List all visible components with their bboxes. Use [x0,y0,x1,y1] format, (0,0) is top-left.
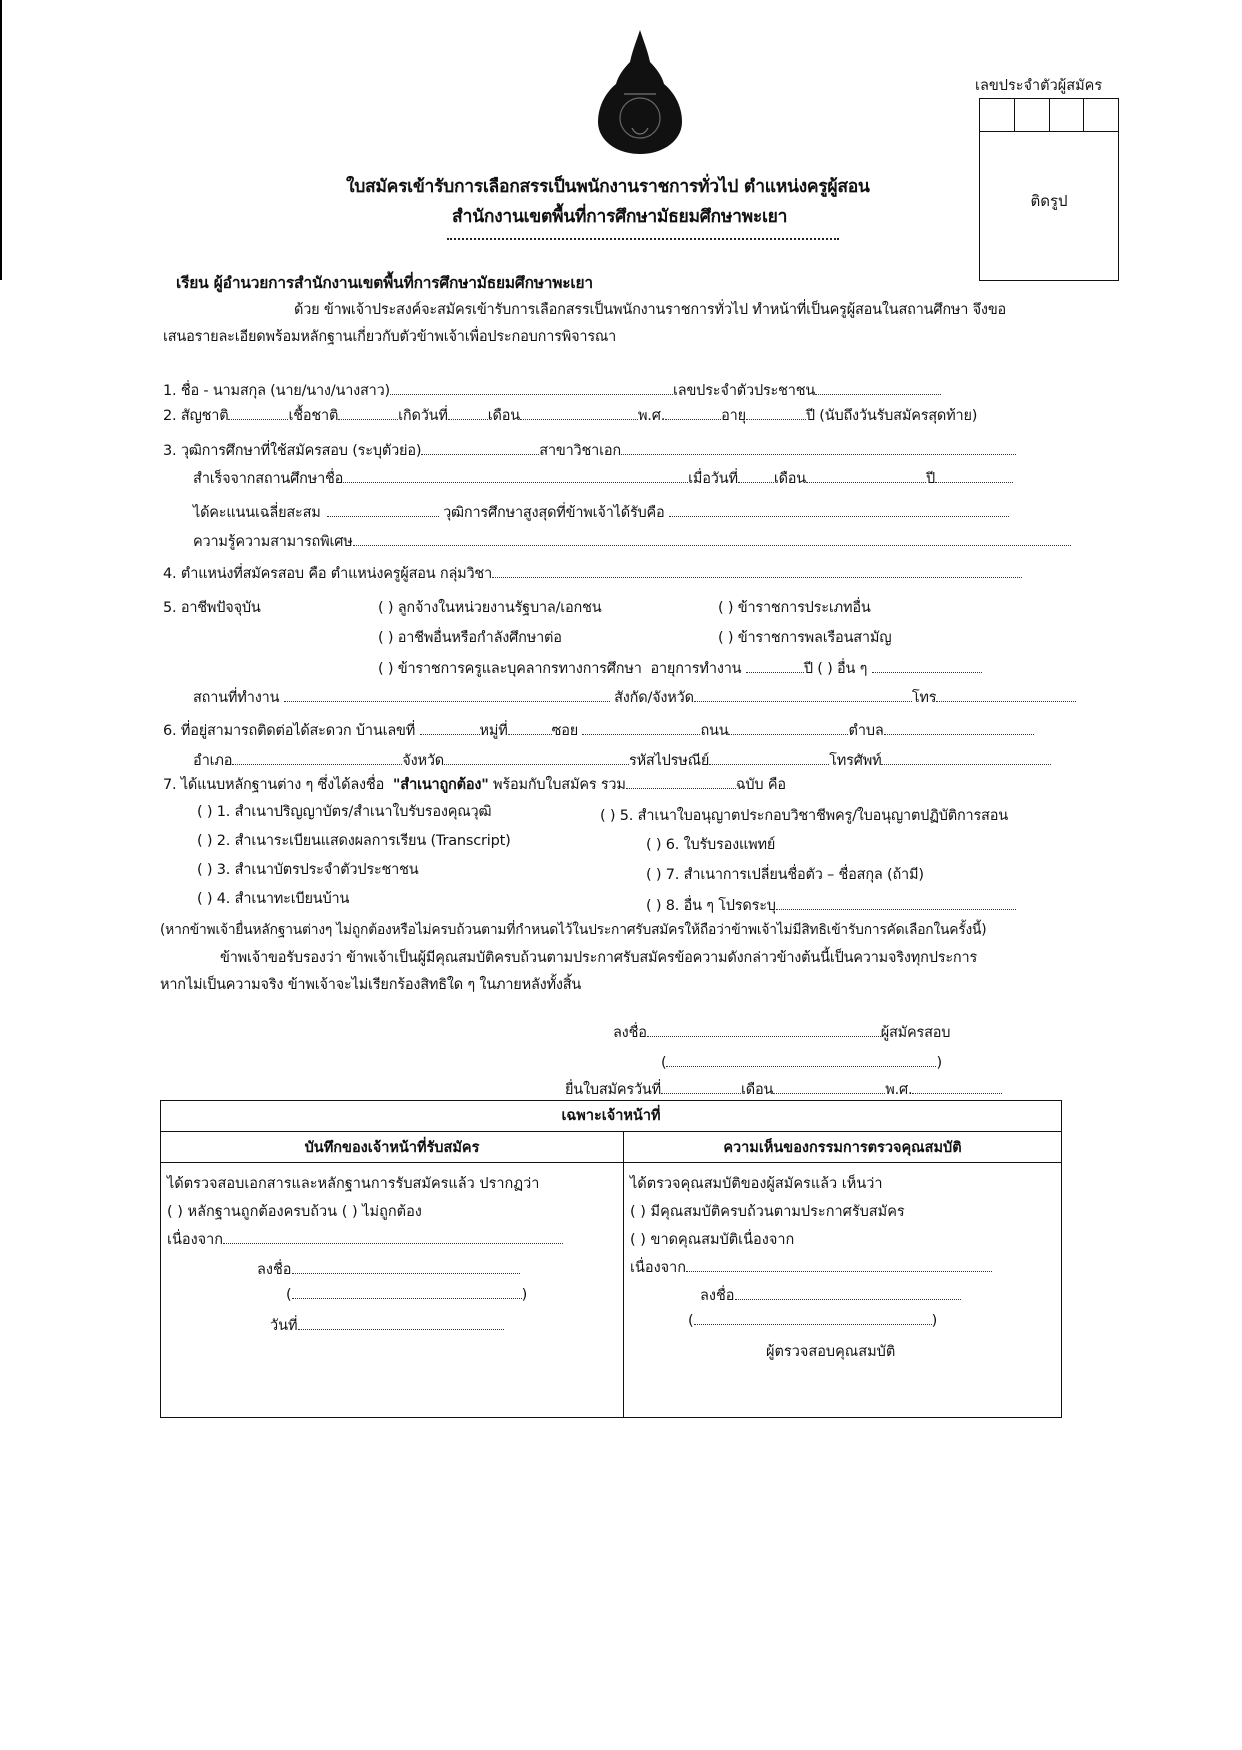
review-reason-row: เนื่องจาก [630,1256,992,1279]
nationality-field[interactable] [228,407,288,420]
position-label: 4. ตำแหน่งที่สมัครสอบ คือ ตำแหน่งครูผู้ส… [163,566,492,582]
occupation-option-teacher[interactable]: ( ) ข้าราชการครูและบุคลากรทางการศึกษา [378,661,642,677]
form-subtitle: สำนักงานเขตพื้นที่การศึกษามัธยมศึกษาพะเย… [452,202,787,230]
documents-unit-label: ฉบับ คือ [736,777,786,793]
applicant-id-label: เลขประจำตัวผู้สมัคร [975,74,1102,97]
work-phone-field[interactable] [936,689,1076,702]
staff-printed-name-row[interactable]: () [286,1286,527,1303]
grad-year-label: ปี [926,471,935,487]
special-skill-label: ความรู้ความสามารถพิเศษ [193,534,353,550]
section-3-institution: สำเร็จจากสถานศึกษาชื่อเมื่อวันที่เดือนปี [193,470,1013,487]
house-number-field[interactable] [420,722,480,735]
staff-reason-label: เนื่องจาก [167,1232,223,1248]
applicant-signature-row: ลงชื่อผู้สมัครสอบ [613,1024,950,1041]
applicant-id-grid[interactable] [979,98,1119,132]
scan-edge [0,0,2,280]
staff-sign-row: ลงชื่อ [257,1258,520,1281]
institution-label: สำเร็จจากสถานศึกษาชื่อ [193,471,343,487]
staff-reason-field[interactable] [223,1231,563,1244]
document-checkbox-8-row: ( ) 8. อื่น ๆ โปรดระบุ [646,897,1016,914]
postcode-label: รหัสไปรษณีย์ [629,753,709,769]
form-title: ใบสมัครเข้ารับการเลือกสรรเป็นพนักงานราชก… [346,172,870,200]
subdistrict-field[interactable] [884,722,1034,735]
staff-check-statement: ได้ตรวจสอบเอกสารและหลักฐานการรับสมัครแล้… [167,1172,539,1195]
review-printed-name-row[interactable]: () [688,1312,937,1329]
official-use-header: เฉพาะเจ้าหน้าที่ [161,1101,1061,1132]
documents-count-field[interactable] [626,776,736,789]
service-years-field[interactable] [746,660,804,673]
staff-record-panel: บันทึกของเจ้าหน้าที่รับสมัคร ได้ตรวจสอบเ… [161,1132,624,1418]
submit-day-field[interactable] [661,1081,741,1094]
name-label: 1. ชื่อ - นามสกุล (นาย/นาง/นางสาว) [163,383,390,399]
soi-field[interactable] [582,722,700,735]
submit-date-label: ยื่นใบสมัครวันที่ [565,1082,661,1098]
id-card-field[interactable] [815,382,941,395]
documents-total-label: พร้อมกับใบสมัคร รวม [493,777,626,793]
salutation: เรียน ผู้อำนวยการสำนักงานเขตพื้นที่การศึ… [176,276,593,292]
photo-box[interactable]: ติดรูป [979,131,1119,281]
certification-line1: ข้าพเจ้าขอรับรองว่า ข้าพเจ้าเป็นผู้มีคุณ… [220,951,977,966]
title-dotted-line [447,238,839,240]
subdistrict-label: ตำบล [848,723,883,739]
review-reason-label: เนื่องจาก [630,1260,686,1276]
workplace-label: สถานที่ทำงาน [193,690,279,706]
service-years-label: อายุการทำงาน [650,661,741,677]
review-signature-field[interactable] [735,1287,961,1300]
grad-month-field[interactable] [806,470,926,483]
institution-field[interactable] [343,470,688,483]
staff-date-row: วันที่ [270,1314,504,1337]
occupation-other-field[interactable] [872,660,982,673]
gpa-field[interactable] [327,504,439,517]
age-label: อายุ [721,408,746,424]
birth-year-label: พ.ศ. [638,408,665,424]
qualification-review-title: ความเห็นของกรรมการตรวจคุณสมบัติ [624,1132,1061,1163]
review-sign-label: ลงชื่อ [700,1288,735,1304]
age-field[interactable] [746,407,806,420]
district-field[interactable] [232,752,402,765]
document-checkbox-7[interactable]: ( ) 7. สำเนาการเปลี่ยนชื่อตัว – ชื่อสกุล… [646,868,924,883]
review-option-qualified[interactable]: ( ) มีคุณสมบัติครบถ้วนตามประกาศรับสมัคร [630,1200,905,1223]
document-checkbox-1[interactable]: ( ) 1. สำเนาปริญญาบัตร/สำเนาใบรับรองคุณว… [197,805,491,820]
moo-label: หมู่ที่ [480,723,508,739]
special-skill-field[interactable] [353,533,1071,546]
staff-signature-field[interactable] [292,1261,520,1274]
degree-field[interactable] [421,442,539,455]
grad-day-field[interactable] [738,470,774,483]
applicant-id-cell[interactable] [1015,99,1050,131]
grad-day-label: เมื่อวันที่ [688,471,738,487]
sign-label: ลงชื่อ [613,1025,647,1041]
certification-line2: หากไม่เป็นความจริง ข้าพเจ้าจะไม่เรียกร้อ… [160,978,581,993]
certified-copy-label: "สำเนาถูกต้อง" [393,777,489,793]
section-6-line1: 6. ที่อยู่สามารถติดต่อได้สะดวก บ้านเลขที… [163,722,1034,739]
staff-date-field[interactable] [298,1317,504,1330]
review-statement: ได้ตรวจคุณสมบัติของผู้สมัครแล้ว เห็นว่า [630,1172,883,1195]
review-option-unqualified[interactable]: ( ) ขาดคุณสมบัติเนื่องจาก [630,1228,794,1251]
birth-month-label: เดือน [488,408,520,424]
applicant-id-cell[interactable] [1050,99,1085,131]
province-field[interactable] [444,752,629,765]
birth-year-field[interactable] [665,407,721,420]
age-suffix: ปี (นับถึงวันรับสมัครสุดท้าย) [806,408,977,424]
work-phone-label: โทร [912,690,937,706]
id-card-label: เลขประจำตัวประชาชน [673,383,815,399]
document-checkbox-6[interactable]: ( ) 6. ใบรับรองแพทย์ [646,838,775,853]
staff-reason-row: เนื่องจาก [167,1228,563,1251]
section-6-line2: อำเภอจังหวัดรหัสไปรษณีย์โทรศัพท์ [193,752,1051,769]
moo-field[interactable] [508,722,552,735]
occupation-option-other[interactable]: ( ) อื่น ๆ [817,661,867,677]
submit-month-label: เดือน [741,1082,773,1098]
race-label: เชื้อชาติ [288,408,338,424]
applicant-id-cell[interactable] [980,99,1015,131]
highest-degree-field[interactable] [669,504,1009,517]
grad-year-field[interactable] [935,470,1013,483]
submit-year-field[interactable] [912,1081,1002,1094]
race-field[interactable] [338,407,398,420]
section-3-gpa: ได้คะแนนเฉลี่ยสะสม วุฒิการศึกษาสูงสุดที่… [193,504,1009,521]
disqualification-note: (หากข้าพเจ้ายื่นหลักฐานต่างๆ ไม่ถูกต้องห… [160,924,986,938]
section-3-skills: ความรู้ความสามารถพิเศษ [193,533,1071,550]
applicant-id-cell[interactable] [1084,99,1118,131]
section-4: 4. ตำแหน่งที่สมัครสอบ คือ ตำแหน่งครูผู้ส… [163,565,1022,582]
occupation-option-private-employee[interactable]: ( ) ลูกจ้างในหน่วยงานรัฐบาล/เอกชน [378,601,601,616]
document-checkbox-5[interactable]: ( ) 5. สำเนาใบอนุญาตประกอบวิชาชีพครู/ใบอ… [600,809,1008,824]
staff-evidence-options[interactable]: ( ) หลักฐานถูกต้องครบถ้วน ( ) ไม่ถูกต้อง [167,1200,422,1223]
postcode-field[interactable] [709,752,829,765]
submission-date-row: ยื่นใบสมัครวันที่เดือนพ.ศ. [565,1081,1002,1098]
district-label: อำเภอ [193,753,232,769]
affiliation-field[interactable] [694,689,912,702]
affiliation-label: สังกัด/จังหวัด [614,690,694,706]
section-1: 1. ชื่อ - นามสกุล (นาย/นาง/นางสาว)เลขประ… [163,382,941,399]
occupation-label: 5. อาชีพปัจจุบัน [163,601,261,616]
document-checkbox-2[interactable]: ( ) 2. สำเนาระเบียนแสดงผลการเรียน (Trans… [197,834,511,849]
subject-group-field[interactable] [492,565,1022,578]
province-label: จังหวัด [402,753,444,769]
major-label: สาขาวิชาเอก [539,443,621,459]
review-sign-row: ลงชื่อ [700,1284,961,1307]
submit-year-label: พ.ศ. [885,1082,912,1098]
section-2: 2. สัญชาติเชื้อชาติเกิดวันที่เดือนพ.ศ.อา… [163,407,977,424]
submit-month-field[interactable] [773,1081,885,1094]
applicant-printed-name-row[interactable]: () [661,1054,942,1071]
document-checkbox-4[interactable]: ( ) 4. สำเนาทะเบียนบ้าน [197,892,349,907]
section-5-teacher-row: ( ) ข้าราชการครูและบุคลากรทางการศึกษา อา… [378,660,982,677]
qualification-review-panel: ความเห็นของกรรมการตรวจคุณสมบัติ ได้ตรวจค… [624,1132,1061,1418]
staff-record-title: บันทึกของเจ้าหน้าที่รับสมัคร [161,1132,623,1163]
grad-month-label: เดือน [774,471,806,487]
document-checkbox-3[interactable]: ( ) 3. สำเนาบัตรประจำตัวประชาชน [197,863,418,878]
photo-label: ติดรูป [1030,189,1067,213]
applicant-role-label: ผู้สมัครสอบ [881,1025,951,1041]
road-field[interactable] [728,722,848,735]
road-label: ถนน [700,723,728,739]
telephone-label: โทรศัพท์ [829,753,881,769]
reviewer-role-label: ผู้ตรวจสอบคุณสมบัติ [766,1340,895,1363]
applicant-signature-field[interactable] [647,1024,881,1037]
section-5-workplace: สถานที่ทำงาน สังกัด/จังหวัดโทร [193,689,1076,706]
staff-sign-label: ลงชื่อ [257,1262,292,1278]
house-number-label: 6. ที่อยู่สามารถติดต่อได้สะดวก บ้านเลขที… [163,723,415,739]
name-field[interactable] [390,382,673,395]
section-3-degree: 3. วุฒิการศึกษาที่ใช้สมัครสอบ (ระบุตัวย่… [163,442,1016,459]
highest-degree-label: วุฒิการศึกษาสูงสุดที่ข้าพเจ้าได้รับคือ [443,505,665,521]
occupation-option-other-civil-servant[interactable]: ( ) ข้าราชการประเภทอื่น [718,601,871,616]
birth-day-field[interactable] [448,407,488,420]
intro-paragraph-line1: ด้วย ข้าพเจ้าประสงค์จะสมัครเข้ารับการเลื… [294,303,1006,318]
telephone-field[interactable] [881,752,1051,765]
occupation-option-ordinary-civil-servant[interactable]: ( ) ข้าราชการพลเรือนสามัญ [718,631,891,646]
intro-paragraph-line2: เสนอรายละเอียดพร้อมหลักฐานเกี่ยวกับตัวข้… [163,330,616,345]
occupation-option-other-or-student[interactable]: ( ) อาชีพอื่นหรือกำลังศึกษาต่อ [378,631,562,646]
soi-label: ซอย [552,723,578,739]
official-use-table: เฉพาะเจ้าหน้าที่ บันทึกของเจ้าหน้าที่รับ… [160,1100,1062,1418]
agency-emblem-icon [598,28,682,154]
other-document-field[interactable] [776,897,1016,910]
nationality-label: 2. สัญชาติ [163,408,228,424]
document-checkbox-8[interactable]: ( ) 8. อื่น ๆ โปรดระบุ [646,898,776,914]
workplace-field[interactable] [284,689,610,702]
gpa-label: ได้คะแนนเฉลี่ยสะสม [193,505,321,521]
birth-month-field[interactable] [520,407,638,420]
staff-date-label: วันที่ [270,1318,298,1334]
review-reason-field[interactable] [686,1259,992,1272]
birth-day-label: เกิดวันที่ [398,408,448,424]
section-7-intro: 7. ได้แนบหลักฐานต่าง ๆ ซึ่งได้ลงชื่อ "สำ… [163,776,786,793]
documents-intro-label: 7. ได้แนบหลักฐานต่าง ๆ ซึ่งได้ลงชื่อ [163,777,384,793]
degree-label: 3. วุฒิการศึกษาที่ใช้สมัครสอบ (ระบุตัวย่… [163,443,421,459]
major-field[interactable] [621,442,1016,455]
service-years-unit: ปี [804,661,813,677]
